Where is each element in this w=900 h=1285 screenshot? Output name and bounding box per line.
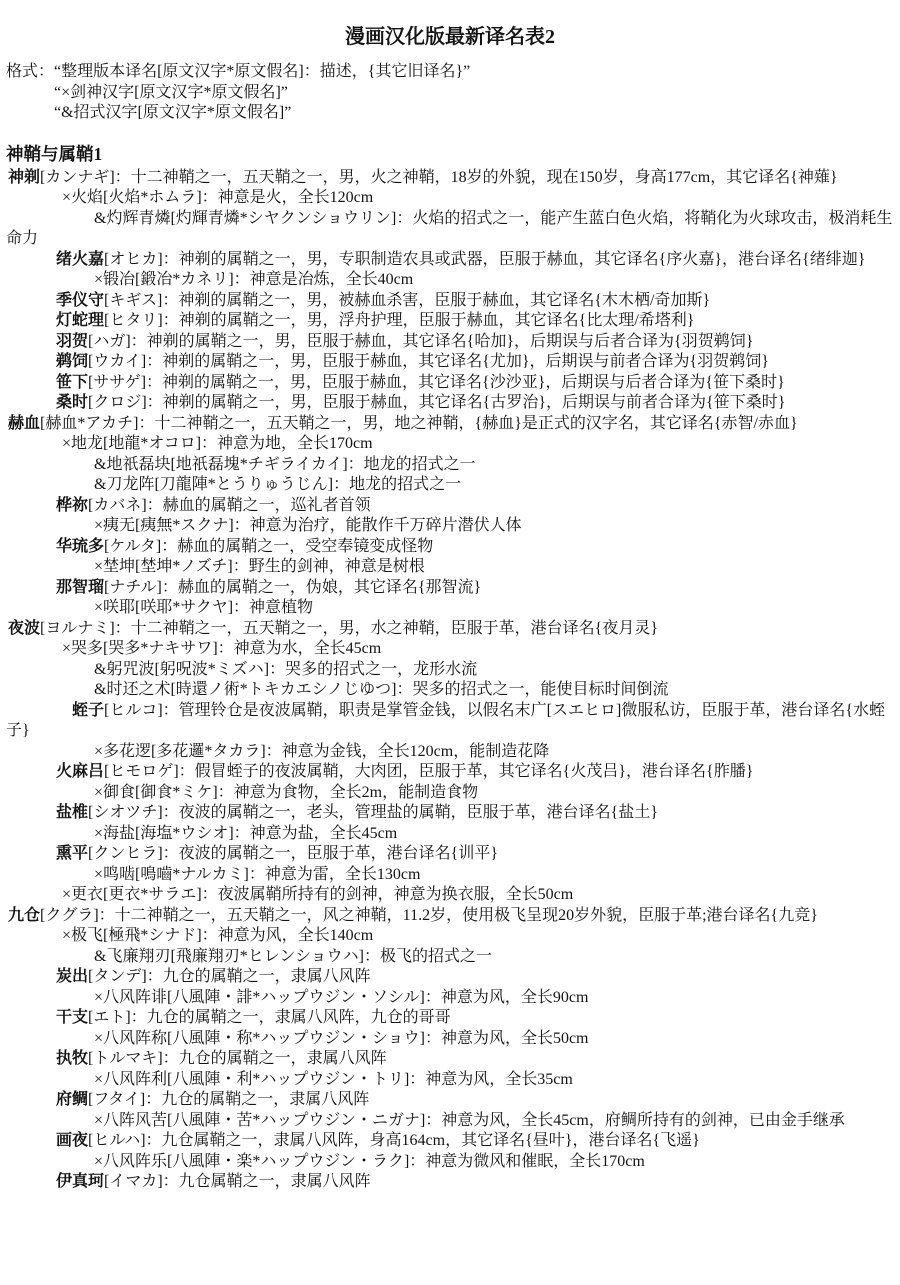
sub-entry: 华琉多[ケルタ]：赫血的属鞘之一，受空奉镜变成怪物 — [6, 537, 894, 558]
entry-name: 赫血 — [8, 415, 40, 432]
sub-entry: 绪火嘉[オヒカ]：神剃的属鞘之一，男，专职制造农具或武器，臣服于赫血，其它译名{… — [6, 250, 894, 271]
entry-text: ×鸣啮[鳴嚙*ナルカミ]：神意为雷，全长130cm — [94, 866, 420, 883]
entry-name: 熏平 — [56, 845, 88, 862]
move-line: &飞廉翔刃[飛廉翔刃*ヒレンショウハ]：极飞的招式之一 — [6, 947, 894, 968]
entry-text: ×八风阵称[八風陣・称*ハップウジン・ショウ]：神意为风，全长50cm — [94, 1030, 589, 1047]
sub-entry: 羽贺[ハガ]：神剃的属鞘之一，男，臣服于赫血，其它译名{哈加}，后期误与后者合译… — [6, 332, 894, 353]
entry-text: [カバネ]：赫血的属鞘之一，巡礼者首领 — [88, 497, 371, 514]
entry-name: 炭出 — [56, 968, 88, 985]
entry-text: ×更衣[更衣*サラエ]：夜波属鞘所持有的剑神，神意为换衣服，全长50cm — [62, 886, 573, 903]
entry-text: [シオツチ]：夜波的属鞘之一，老头，管理盐的属鞘，臣服于革，港台译名{盐土} — [88, 804, 658, 821]
move-line: &时还之术[時還ノ術*トキカエシノじゆつ]：哭多的招式之一，能使目标时间倒流 — [6, 680, 894, 701]
sub-entry: 火麻吕[ヒモロゲ]：假冒蛭子的夜波属鞘，大肉团，臣服于革，其它译名{火茂吕}，港… — [6, 762, 894, 783]
sword-line: ×火焰[火焰*ホムラ]：神意是火，全长120cm — [6, 188, 894, 209]
entry-text: ×地龙[地龍*オコロ]：神意为地，全长170cm — [62, 435, 373, 452]
sword-line: ×多花逻[多花邏*タカラ]：神意为金钱，全长120cm，能制造花降 — [6, 742, 894, 763]
entry-text: [ヨルナミ]：十二神鞘之一，五天鞘之一，男，水之神鞘，臣服于革，港台译名{夜月灵… — [40, 620, 658, 637]
entry-name: 羽贺 — [56, 333, 88, 350]
entry-text: ×极飞[極飛*シナド]：神意为风，全长140cm — [62, 927, 373, 944]
entry-text: ×海盐[海塩*ウシオ]：神意为盐，全长45cm — [94, 825, 397, 842]
sub-entry: 干支[エト]：九仓的属鞘之一，隶属八风阵，九仓的哥哥 — [6, 1008, 894, 1029]
entry-text: ×咲耶[咲耶*サクヤ]：神意植物 — [94, 599, 313, 616]
entry-name: 鹈饲 — [56, 353, 88, 370]
entry-name: 桦祢 — [56, 497, 88, 514]
entry-list: 神剃[カンナギ]：十二神鞘之一，五天鞘之一，男，火之神鞘，18岁的外貌，现在15… — [6, 168, 894, 1193]
main-entry: 神剃[カンナギ]：十二神鞘之一，五天鞘之一，男，火之神鞘，18岁的外貌，现在15… — [6, 168, 894, 189]
entry-text: ×多花逻[多花邏*タカラ]：神意为金钱，全长120cm，能制造花降 — [94, 743, 549, 760]
entry-text: ×八风阵乐[八風陣・楽*ハップウジン・ラク]：神意为微风和催眠，全长170cm — [94, 1153, 645, 1170]
entry-text: ×痍无[痍無*スクナ]：神意为治疗，能散作千万碎片潜伏人体 — [94, 517, 522, 534]
move-line: &刀龙阵[刀龍陣*とうりゅうじん]：地龙的招式之一 — [6, 475, 894, 496]
entry-text: &地祇磊块[地祇磊塊*チギライカイ]：地龙的招式之一 — [94, 456, 476, 473]
document-title: 漫画汉化版最新译名表2 — [6, 24, 894, 50]
sword-line: ×更衣[更衣*サラエ]：夜波属鞘所持有的剑神，神意为换衣服，全长50cm — [6, 885, 894, 906]
entry-text: [オヒカ]：神剃的属鞘之一，男，专职制造农具或武器，臣服于赫血，其它译名{序火嘉… — [104, 251, 865, 268]
sword-line: ×八风阵乐[八風陣・楽*ハップウジン・ラク]：神意为微风和催眠，全长170cm — [6, 1152, 894, 1173]
main-entry: 九仓[クグラ]：十二神鞘之一，五天鞘之一，风之神鞘，11.2岁，使用极飞呈现20… — [6, 906, 894, 927]
entry-text: ×八风阵利[八風陣・利*ハップウジン・トリ]：神意为风，全长35cm — [94, 1071, 573, 1088]
entry-name: 蛭子 — [72, 702, 104, 719]
move-line: &地祇磊块[地祇磊塊*チギライカイ]：地龙的招式之一 — [6, 455, 894, 476]
sub-entry: 盐椎[シオツチ]：夜波的属鞘之一，老头，管理盐的属鞘，臣服于革，港台译名{盐土} — [6, 803, 894, 824]
entry-text: [エト]：九仓的属鞘之一，隶属八风阵，九仓的哥哥 — [88, 1009, 451, 1026]
entry-text: ×火焰[火焰*ホムラ]：神意是火，全长120cm — [62, 189, 373, 206]
entry-text: [クロジ]：神剃的属鞘之一，男，臣服于赫血，其它译名{古罗治}，后期误与前者合译… — [88, 394, 785, 411]
entry-text: ×八风阵诽[八風陣・誹*ハップウジン・ソシル]：神意为风，全长90cm — [94, 989, 588, 1006]
entry-text: [ヒルコ]：管理铃仓是夜波属鞘，职责是掌管金钱，以假名末广[スエヒロ]微服私访，… — [6, 702, 885, 740]
entry-text: [ササゲ]：神剃的属鞘之一，男，臣服于赫血，其它译名{沙沙亚}，后期误与后者合译… — [88, 374, 785, 391]
entry-name: 神剃 — [8, 169, 40, 186]
sub-entry: 蛭子[ヒルコ]：管理铃仓是夜波属鞘，职责是掌管金钱，以假名末广[スエヒロ]微服私… — [6, 701, 894, 742]
entry-name: 灯蛇理 — [56, 312, 104, 329]
entry-name: 桑时 — [56, 394, 88, 411]
entry-text: &灼辉青燐[灼輝青燐*シヤクンショウリン]：火焰的招式之一，能产生蓝白色火焰，将… — [6, 210, 892, 248]
entry-text: &时还之术[時還ノ術*トキカエシノじゆつ]：哭多的招式之一，能使目标时间倒流 — [94, 681, 668, 698]
format-line-2: “×剑神汉字[原文汉字*原文假名]” — [6, 83, 894, 104]
sub-entry: 画夜[ヒルハ]：九仓属鞘之一，隶属八风阵，身高164cm，其它译名{昼叶}，港台… — [6, 1131, 894, 1152]
format-line-1: 格式：“整理版本译名[原文汉字*原文假名]：描述，{其它旧译名}” — [6, 62, 894, 83]
sub-entry: 那智瑠[ナチル]：赫血的属鞘之一，伪娘，其它译名{那智流} — [6, 578, 894, 599]
entry-text: [ケルタ]：赫血的属鞘之一，受空奉镜变成怪物 — [104, 538, 433, 555]
entry-name: 府鲷 — [56, 1091, 88, 1108]
entry-text: ×八阵风苦[八風陣・苦*ハップウジン・ニガナ]：神意为风，全长45cm，府鲷所持… — [94, 1112, 845, 1129]
sub-entry: 季仪守[キギス]：神剃的属鞘之一，男，被赫血杀害，臣服于赫血，其它译名{木木栖/… — [6, 291, 894, 312]
document-page: 漫画汉化版最新译名表2 格式：“整理版本译名[原文汉字*原文假名]：描述，{其它… — [0, 0, 900, 1285]
sub-entry: 执牧[トルマキ]：九仓的属鞘之一，隶属八风阵 — [6, 1049, 894, 1070]
entry-name: 华琉多 — [56, 538, 104, 555]
sub-entry: 桦祢[カバネ]：赫血的属鞘之一，巡礼者首领 — [6, 496, 894, 517]
entry-name: 画夜 — [56, 1132, 88, 1149]
entry-name: 盐椎 — [56, 804, 88, 821]
entry-text: &躬咒波[躬呪波*ミズハ]：哭多的招式之一，龙形水流 — [94, 661, 477, 678]
entry-name: 笹下 — [56, 374, 88, 391]
move-line: &灼辉青燐[灼輝青燐*シヤクンショウリン]：火焰的招式之一，能产生蓝白色火焰，将… — [6, 209, 894, 250]
entry-text: [クグラ]：十二神鞘之一，五天鞘之一，风之神鞘，11.2岁，使用极飞呈现20岁外… — [40, 907, 818, 924]
sword-line: ×锻冶[鍛冶*カネリ]：神意是冶炼，全长40cm — [6, 270, 894, 291]
entry-name: 干支 — [56, 1009, 88, 1026]
main-entry: 赫血[赫血*アカチ]：十二神鞘之一，五天鞘之一，男，地之神鞘，{赫血}是正式的汉… — [6, 414, 894, 435]
sub-entry: 熏平[クンヒラ]：夜波的属鞘之一，臣服于革，港台译名{训平} — [6, 844, 894, 865]
entry-name: 九仓 — [8, 907, 40, 924]
entry-name: 季仪守 — [56, 292, 104, 309]
sword-line: ×八风阵利[八風陣・利*ハップウジン・トリ]：神意为风，全长35cm — [6, 1070, 894, 1091]
section-heading: 神鞘与属鞘1 — [6, 142, 894, 166]
entry-text: [クンヒラ]：夜波的属鞘之一，臣服于革，港台译名{训平} — [88, 845, 498, 862]
entry-name: 火麻吕 — [56, 763, 104, 780]
entry-text: ×锻冶[鍛冶*カネリ]：神意是冶炼，全长40cm — [94, 271, 413, 288]
entry-text: [ナチル]：赫血的属鞘之一，伪娘，其它译名{那智流} — [104, 579, 481, 596]
entry-text: [ヒルハ]：九仓属鞘之一，隶属八风阵，身高164cm，其它译名{昼叶}，港台译名… — [88, 1132, 700, 1149]
sword-line: ×哭多[哭多*ナキサワ]：神意为水，全长45cm — [6, 639, 894, 660]
entry-text: [赫血*アカチ]：十二神鞘之一，五天鞘之一，男，地之神鞘，{赫血}是正式的汉字名… — [40, 415, 798, 432]
sub-entry: 桑时[クロジ]：神剃的属鞘之一，男，臣服于赫血，其它译名{古罗治}，后期误与前者… — [6, 393, 894, 414]
sword-line: ×埜坤[埜坤*ノズチ]：野生的剑神，神意是树根 — [6, 557, 894, 578]
entry-text: &飞廉翔刃[飛廉翔刃*ヒレンショウハ]：极飞的招式之一 — [94, 948, 492, 965]
entry-name: 那智瑠 — [56, 579, 104, 596]
entry-text: ×哭多[哭多*ナキサワ]：神意为水，全长45cm — [62, 640, 381, 657]
main-entry: 夜波[ヨルナミ]：十二神鞘之一，五天鞘之一，男，水之神鞘，臣服于革，港台译名{夜… — [6, 619, 894, 640]
sword-line: ×极飞[極飛*シナド]：神意为风，全长140cm — [6, 926, 894, 947]
move-line: &躬咒波[躬呪波*ミズハ]：哭多的招式之一，龙形水流 — [6, 660, 894, 681]
sword-line: ×咲耶[咲耶*サクヤ]：神意植物 — [6, 598, 894, 619]
sub-entry: 府鲷[フタイ]：九仓的属鞘之一，隶属八风阵 — [6, 1090, 894, 1111]
entry-text: [キギス]：神剃的属鞘之一，男，被赫血杀害，臣服于赫血，其它译名{木木栖/奇加斯… — [104, 292, 710, 309]
sword-line: ×痍无[痍無*スクナ]：神意为治疗，能散作千万碎片潜伏人体 — [6, 516, 894, 537]
entry-text: ×御食[御食*ミケ]：神意为食物，全长2m，能制造食物 — [94, 784, 478, 801]
sword-line: ×鸣啮[鳴嚙*ナルカミ]：神意为雷，全长130cm — [6, 865, 894, 886]
entry-name: 执牧 — [56, 1050, 88, 1067]
sub-entry: 鹈饲[ウカイ]：神剃的属鞘之一，男，臣服于赫血，其它译名{尤加}，后期误与前者合… — [6, 352, 894, 373]
sub-entry: 炭出[タンデ]：九仓的属鞘之一，隶属八风阵 — [6, 967, 894, 988]
format-notes: 格式：“整理版本译名[原文汉字*原文假名]：描述，{其它旧译名}” “×剑神汉字… — [6, 62, 894, 124]
entry-text: [フタイ]：九仓的属鞘之一，隶属八风阵 — [88, 1091, 369, 1108]
entry-name: 伊真珂 — [56, 1173, 104, 1190]
entry-text: [ウカイ]：神剃的属鞘之一，男，臣服于赫血，其它译名{尤加}，后期误与前者合译为… — [88, 353, 769, 370]
sword-line: ×八风阵诽[八風陣・誹*ハップウジン・ソシル]：神意为风，全长90cm — [6, 988, 894, 1009]
entry-name: 绪火嘉 — [56, 251, 104, 268]
entry-text: [タンデ]：九仓的属鞘之一，隶属八风阵 — [88, 968, 371, 985]
entry-text: &刀龙阵[刀龍陣*とうりゅうじん]：地龙的招式之一 — [94, 476, 461, 493]
entry-text: [ヒモロゲ]：假冒蛭子的夜波属鞘，大肉团，臣服于革，其它译名{火茂吕}，港台译名… — [104, 763, 753, 780]
sub-entry: 笹下[ササゲ]：神剃的属鞘之一，男，臣服于赫血，其它译名{沙沙亚}，后期误与后者… — [6, 373, 894, 394]
sword-line: ×海盐[海塩*ウシオ]：神意为盐，全长45cm — [6, 824, 894, 845]
sword-line: ×地龙[地龍*オコロ]：神意为地，全长170cm — [6, 434, 894, 455]
entry-text: [トルマキ]：九仓的属鞘之一，隶属八风阵 — [88, 1050, 387, 1067]
sword-line: ×八风阵称[八風陣・称*ハップウジン・ショウ]：神意为风，全长50cm — [6, 1029, 894, 1050]
sub-entry: 伊真珂[イマカ]：九仓属鞘之一，隶属八风阵 — [6, 1172, 894, 1193]
entry-text: ×埜坤[埜坤*ノズチ]：野生的剑神，神意是树根 — [94, 558, 425, 575]
entry-text: [イマカ]：九仓属鞘之一，隶属八风阵 — [104, 1173, 371, 1190]
sword-line: ×八阵风苦[八風陣・苦*ハップウジン・ニガナ]：神意为风，全长45cm，府鲷所持… — [6, 1111, 894, 1132]
sword-line: ×御食[御食*ミケ]：神意为食物，全长2m，能制造食物 — [6, 783, 894, 804]
entry-text: [ハガ]：神剃的属鞘之一，男，臣服于赫血，其它译名{哈加}，后期误与后者合译为{… — [88, 333, 753, 350]
sub-entry: 灯蛇理[ヒタリ]：神剃的属鞘之一，男，浮舟护理，臣服于赫血，其它译名{比太理/希… — [6, 311, 894, 332]
entry-text: [ヒタリ]：神剃的属鞘之一，男，浮舟护理，臣服于赫血，其它译名{比太理/希塔利} — [104, 312, 694, 329]
format-line-3: “&招式汉字[原文汉字*原文假名]” — [6, 103, 894, 124]
entry-name: 夜波 — [8, 620, 40, 637]
entry-text: [カンナギ]：十二神鞘之一，五天鞘之一，男，火之神鞘，18岁的外貌，现在150岁… — [40, 169, 838, 186]
